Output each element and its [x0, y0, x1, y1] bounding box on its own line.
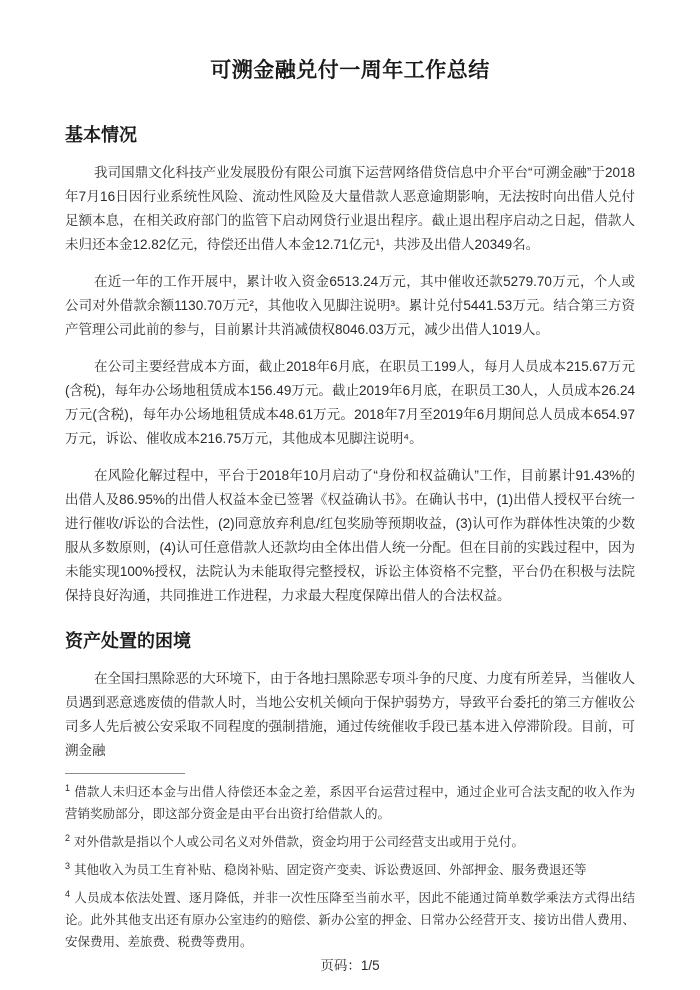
footnote-3: 3其他收入为员工生育补贴、稳岗补贴、固定资产变卖、诉讼费返回、外部押金、服务费退… — [65, 859, 635, 881]
paragraph-rights-confirmation: 在风险化解过程中，平台于2018年10月启动了“身份和权益确认”工作，目前累计9… — [65, 464, 635, 608]
section-asset-disposal: 资产处置的困境 在全国扫黑除恶的大环境下，由于各地扫黑除恶专项斗争的尺度、力度有… — [65, 628, 635, 763]
footnote-1: 1借款人未归还本金与出借人待偿还本金之差，系因平台运营过程中，通过企业可合法支配… — [65, 781, 635, 825]
page-number-value: 1/5 — [361, 958, 380, 973]
footnote-4-marker: 4 — [65, 889, 70, 899]
footnotes-block: 1借款人未归还本金与出借人待偿还本金之差，系因平台运营过程中，通过企业可合法支配… — [65, 773, 635, 953]
page-number: 页码：1/5 — [65, 956, 635, 976]
footnote-separator-rule — [65, 773, 185, 774]
footnote-2: 2对外借款是指以个人或公司名义对外借款，资金均用于公司经营支出或用于兑付。 — [65, 831, 635, 853]
footnote-1-marker: 1 — [65, 783, 70, 793]
paragraph-yearly-income-summary: 在近一年的工作开展中，累计收入资金6513.24万元，其中催收还款5279.70… — [65, 270, 635, 342]
paragraph-operating-costs: 在公司主要经营成本方面，截止2018年6月底，在职员工199人，每月人员成本21… — [65, 355, 635, 451]
section-basic-info: 基本情况 我司国鼎文化科技产业发展股份有限公司旗下运营网络借贷信息中介平台“可溯… — [65, 122, 635, 608]
page-number-label: 页码： — [320, 958, 361, 973]
footnote-2-marker: 2 — [65, 833, 70, 843]
footnote-3-text: 其他收入为员工生育补贴、稳岗补贴、固定资产变卖、诉讼费返回、外部押金、服务费退还… — [74, 863, 587, 877]
footnote-4-text: 人员成本依法处置、逐月降低，并非一次性压降至当前水平，因此不能通过简单数学乘法方… — [65, 891, 635, 949]
document-page: 可溯金融兑付一周年工作总结 基本情况 我司国鼎文化科技产业发展股份有限公司旗下运… — [0, 0, 700, 990]
document-title: 可溯金融兑付一周年工作总结 — [65, 56, 635, 86]
footnote-3-marker: 3 — [65, 861, 70, 871]
footnote-1-text: 借款人未归还本金与出借人待偿还本金之差，系因平台运营过程中，通过企业可合法支配的… — [65, 785, 635, 821]
section-heading-basic-info: 基本情况 — [65, 122, 635, 148]
footnote-2-text: 对外借款是指以个人或公司名义对外借款，资金均用于公司经营支出或用于兑付。 — [74, 835, 524, 849]
paragraph-collection-difficulties: 在全国扫黑除恶的大环境下，由于各地扫黑除恶专项斗争的尺度、力度有所差异，当催收人… — [65, 667, 635, 763]
footnote-4: 4人员成本依法处置、逐月降低，并非一次性压降至当前水平，因此不能通过简单数学乘法… — [65, 887, 635, 953]
section-heading-asset-disposal: 资产处置的困境 — [65, 628, 635, 654]
paragraph-platform-exit-overview: 我司国鼎文化科技产业发展股份有限公司旗下运营网络借贷信息中介平台“可溯金融”于2… — [65, 161, 635, 257]
